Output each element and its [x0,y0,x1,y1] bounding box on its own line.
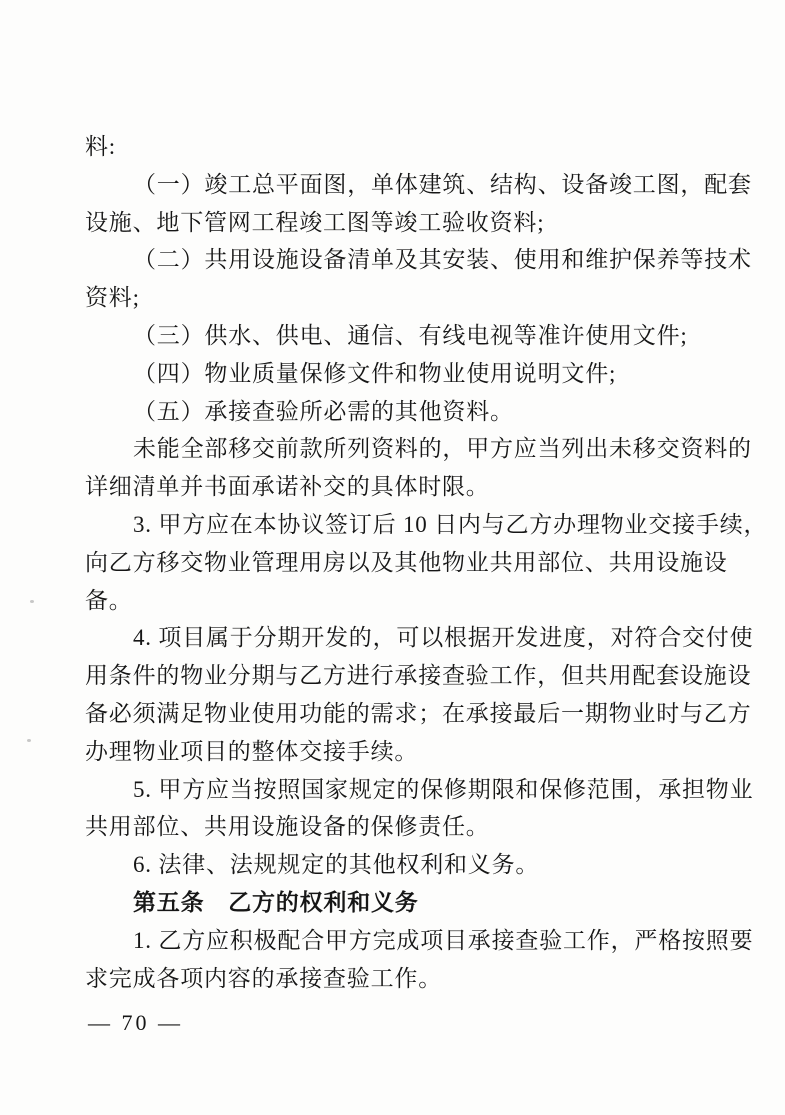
text-line: （一）竣工总平面图，单体建筑、结构、设备竣工图，配套 [85,166,707,204]
text-line: 4. 项目属于分期开发的，可以根据开发进度，对符合交付使 [85,619,707,657]
text-line: 求完成各项内容的承接查验工作。 [85,960,707,998]
text-line: 详细清单并书面承诺补交的具体时限。 [85,468,707,506]
section-heading: 第五条 乙方的权利和义务 [85,884,707,922]
text-line: 料: [85,128,707,166]
text-line: 3. 甲方应在本协议签订后 10 日内与乙方办理物业交接手续， [85,506,707,544]
text-line: 向乙方移交物业管理用房以及其他物业共用部位、共用设施设 [85,544,707,582]
text-line: 1. 乙方应积极配合甲方完成项目承接查验工作，严格按照要 [85,922,707,960]
text-line: （二）共用设施设备清单及其安装、使用和维护保养等技术 [85,241,707,279]
document-page: 料: （一）竣工总平面图，单体建筑、结构、设备竣工图，配套 设施、地下管网工程竣… [0,0,785,1115]
text-line: （三）供水、供电、通信、有线电视等准许使用文件; [85,317,707,355]
text-line: 备。 [85,582,707,620]
page-number: — 70 — [88,1006,183,1040]
text-line: 资料; [85,279,707,317]
text-line: 共用部位、共用设施设备的保修责任。 [85,808,707,846]
text-line: 未能全部移交前款所列资料的，甲方应当列出未移交资料的 [85,430,707,468]
document-body: 料: （一）竣工总平面图，单体建筑、结构、设备竣工图，配套 设施、地下管网工程竣… [85,128,707,997]
scan-speck [30,600,34,603]
text-line: 用条件的物业分期与乙方进行承接查验工作，但共用配套设施设 [85,657,707,695]
text-line: 5. 甲方应当按照国家规定的保修期限和保修范围，承担物业 [85,771,707,809]
text-line: 设施、地下管网工程竣工图等竣工验收资料; [85,204,707,242]
text-line: （五）承接查验所必需的其他资料。 [85,393,707,431]
text-line: （四）物业质量保修文件和物业使用说明文件; [85,355,707,393]
text-line: 6. 法律、法规规定的其他权利和义务。 [85,846,707,884]
text-line: 办理物业项目的整体交接手续。 [85,733,707,771]
text-line: 备必须满足物业使用功能的需求；在承接最后一期物业时与乙方 [85,695,707,733]
scan-speck [27,739,31,742]
